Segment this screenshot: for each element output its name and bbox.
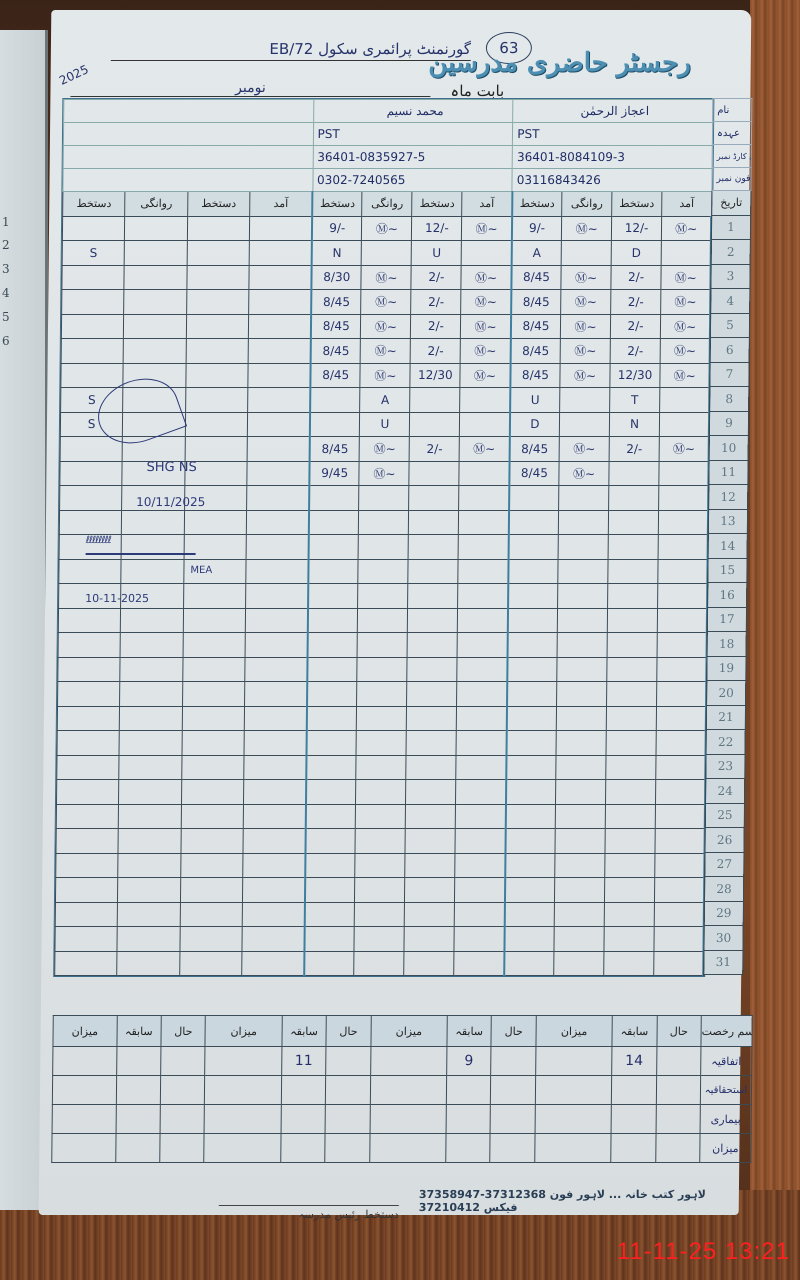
attendance-cell bbox=[62, 265, 125, 290]
attendance-cell bbox=[307, 706, 357, 731]
attendance-cell: U bbox=[360, 412, 410, 437]
attendance-cell bbox=[608, 584, 658, 609]
attendance-row: 8/45Ⓜ~2/-Ⓜ~8/45Ⓜ~2/-Ⓜ~″″″″ bbox=[61, 339, 710, 364]
date-number: 28 bbox=[704, 877, 743, 902]
attendance-cell bbox=[609, 486, 659, 511]
attendance-cell bbox=[305, 902, 355, 927]
attendance-cell bbox=[505, 829, 555, 854]
date-number: 5 bbox=[710, 313, 749, 338]
attendance-cell bbox=[408, 559, 458, 584]
attendance-cell bbox=[558, 535, 608, 560]
date-number: 15 bbox=[708, 558, 747, 583]
attendance-row bbox=[56, 829, 705, 854]
attendance-cell bbox=[125, 241, 188, 266]
attendance-cell: 2/- bbox=[611, 265, 661, 290]
attendance-cell bbox=[456, 780, 506, 805]
attendance-cell bbox=[359, 486, 409, 511]
attendance-cell: U bbox=[510, 388, 560, 413]
attendance-cell bbox=[509, 486, 559, 511]
attendance-cell bbox=[558, 584, 608, 609]
attendance-cell bbox=[179, 951, 242, 976]
label-designation: عہدہ bbox=[712, 122, 751, 145]
attendance-cell bbox=[309, 535, 359, 560]
attendance-cell bbox=[358, 633, 408, 658]
attendance-cell bbox=[507, 657, 557, 682]
col-header-arrival: آمد bbox=[662, 192, 712, 217]
attendance-cell: D bbox=[510, 412, 560, 437]
attendance-cell bbox=[55, 951, 118, 976]
attendance-cell: 8/45 bbox=[509, 461, 559, 486]
attendance-cell bbox=[307, 731, 357, 756]
attendance-cell bbox=[604, 902, 654, 927]
date-number: 21 bbox=[706, 705, 745, 730]
attendance-cell: 12/- bbox=[412, 216, 462, 241]
attendance-cell: Ⓜ~ bbox=[361, 314, 411, 339]
attendance-cell bbox=[654, 878, 704, 903]
attendance-cell bbox=[57, 731, 120, 756]
attendance-cell bbox=[243, 804, 306, 829]
label-cnic: شناختی کارڈ نمبر bbox=[712, 145, 751, 168]
summary-header-previous: سابقہ bbox=[282, 1016, 327, 1047]
attendance-cell bbox=[460, 388, 510, 413]
attendance-cell: 8/30 bbox=[311, 265, 361, 290]
attendance-cell bbox=[181, 829, 244, 854]
visit-note-1: SHG NS bbox=[146, 460, 196, 475]
date-number: 1 bbox=[711, 215, 750, 240]
attendance-cell bbox=[605, 829, 655, 854]
attendance-cell bbox=[120, 633, 183, 658]
attendance-cell: 9/- bbox=[512, 216, 562, 241]
attendance-cell: Ⓜ~ bbox=[559, 461, 609, 486]
attendance-cell bbox=[355, 829, 405, 854]
attendance-cell: 12/30 bbox=[610, 363, 660, 388]
attendance-cell bbox=[182, 706, 245, 731]
attendance-cell bbox=[355, 902, 405, 927]
attendance-cell bbox=[362, 241, 412, 266]
attendance-cell bbox=[56, 853, 119, 878]
attendance-cell bbox=[182, 682, 245, 707]
attendance-cell bbox=[124, 339, 187, 364]
attendance-cell bbox=[247, 486, 310, 511]
attendance-cell: 2/- bbox=[411, 314, 461, 339]
date-number: 11 bbox=[709, 460, 748, 485]
attendance-cell: 8/45 bbox=[311, 290, 361, 315]
attendance-cell bbox=[508, 535, 558, 560]
attendance-cell bbox=[654, 951, 704, 976]
attendance-cell bbox=[661, 241, 711, 266]
attendance-cell: Ⓜ~ bbox=[561, 265, 611, 290]
attendance-cell bbox=[307, 682, 357, 707]
teacher-2-name: اعجاز الرحمٰن bbox=[513, 100, 713, 123]
leave-summary: میزان سابقہ حال میزان سابقہ حال میزان سا… bbox=[51, 1015, 753, 1163]
attendance-cell: Ⓜ~ bbox=[661, 290, 711, 315]
summary-header-total: میزان bbox=[53, 1016, 117, 1047]
attendance-cell: Ⓜ~ bbox=[561, 290, 611, 315]
attendance-cell bbox=[119, 755, 182, 780]
date-number: 18 bbox=[707, 632, 746, 657]
attendance-cell: 8/45 bbox=[310, 363, 360, 388]
attendance-cell: 2/- bbox=[610, 314, 660, 339]
attendance-cell bbox=[358, 584, 408, 609]
attendance-cell bbox=[180, 927, 243, 952]
attendance-cell bbox=[505, 853, 555, 878]
attendance-cell bbox=[244, 706, 307, 731]
register-page: 63 رجسٹر حاضری مدرسین گورنمنٹ پرائمری سک… bbox=[39, 10, 752, 1215]
right-column: نام عہدہ شناختی کارڈ نمبر فون نمبر تاریخ… bbox=[703, 98, 752, 975]
attendance-cell bbox=[457, 682, 507, 707]
attendance-cell: 2/- bbox=[411, 339, 461, 364]
attendance-cell bbox=[62, 290, 125, 315]
attendance-cell bbox=[459, 486, 509, 511]
attendance-cell bbox=[244, 780, 307, 805]
attendance-cell bbox=[505, 804, 555, 829]
attendance-cell bbox=[308, 584, 358, 609]
attendance-cell bbox=[357, 706, 407, 731]
date-number: 23 bbox=[706, 754, 745, 779]
attendance-cell bbox=[406, 804, 456, 829]
attendance-cell: A bbox=[511, 241, 561, 266]
attendance-cell bbox=[183, 657, 246, 682]
attendance-cell bbox=[186, 339, 249, 364]
date-number: 4 bbox=[711, 289, 750, 314]
attendance-cell bbox=[186, 314, 249, 339]
attendance-cell bbox=[245, 633, 308, 658]
attendance-cell bbox=[605, 804, 655, 829]
attendance-cell bbox=[356, 780, 406, 805]
col-header-signature: دستخط bbox=[312, 192, 362, 217]
attendance-cell: 8/45 bbox=[311, 314, 361, 339]
attendance-cell bbox=[242, 902, 305, 927]
attendance-cell bbox=[249, 265, 312, 290]
attendance-cell bbox=[559, 486, 609, 511]
attendance-cell bbox=[609, 461, 659, 486]
attendance-cell bbox=[457, 657, 507, 682]
attendance-cell bbox=[124, 314, 187, 339]
attendance-cell bbox=[117, 951, 180, 976]
visit-date-1: 10/11/2025 bbox=[136, 495, 205, 509]
attendance-cell bbox=[508, 559, 558, 584]
attendance-cell: T bbox=[610, 388, 660, 413]
attendance-cell bbox=[405, 878, 455, 903]
attendance-cell bbox=[404, 951, 454, 976]
attendance-cell bbox=[660, 388, 710, 413]
date-number: 7 bbox=[710, 362, 749, 387]
attendance-cell bbox=[246, 535, 309, 560]
attendance-cell: Ⓜ~ bbox=[560, 339, 610, 364]
attendance-cell bbox=[656, 731, 706, 756]
attendance-cell: S bbox=[62, 241, 125, 266]
attendance-cell bbox=[607, 657, 657, 682]
attendance-cell bbox=[183, 633, 246, 658]
previous-casual-t1: 14 bbox=[612, 1047, 657, 1076]
attendance-row bbox=[57, 755, 706, 780]
attendance-cell bbox=[659, 412, 709, 437]
attendance-cell bbox=[606, 780, 656, 805]
attendance-cell: 12/- bbox=[611, 216, 661, 241]
attendance-cell bbox=[409, 486, 459, 511]
attendance-cell: 12/30 bbox=[410, 363, 460, 388]
attendance-cell bbox=[408, 608, 458, 633]
attendance-row bbox=[58, 657, 707, 682]
attendance-cell bbox=[356, 731, 406, 756]
attendance-row bbox=[58, 608, 707, 633]
attendance-cell bbox=[407, 633, 457, 658]
attendance-cell bbox=[55, 878, 118, 903]
attendance-cell: 8/45 bbox=[509, 437, 559, 462]
date-number: 14 bbox=[708, 534, 747, 559]
attendance-cell bbox=[405, 902, 455, 927]
attendance-cell bbox=[455, 853, 505, 878]
attendance-cell bbox=[244, 755, 307, 780]
attendance-cell bbox=[656, 780, 706, 805]
attendance-cell bbox=[118, 853, 181, 878]
attendance-cell bbox=[308, 633, 358, 658]
attendance-cell bbox=[507, 633, 557, 658]
date-number: 30 bbox=[704, 926, 743, 951]
attendance-cell bbox=[456, 804, 506, 829]
attendance-cell bbox=[359, 510, 409, 535]
attendance-cell bbox=[607, 633, 657, 658]
attendance-cell bbox=[560, 412, 610, 437]
visit-note-2: MEA bbox=[190, 565, 212, 576]
attendance-cell bbox=[248, 339, 311, 364]
date-number: 9 bbox=[709, 411, 748, 436]
attendance-cell bbox=[187, 216, 250, 241]
attendance-cell bbox=[459, 510, 509, 535]
attendance-cell bbox=[409, 461, 459, 486]
attendance-cell: Ⓜ~ bbox=[561, 314, 611, 339]
attendance-cell bbox=[357, 682, 407, 707]
attendance-cell bbox=[556, 731, 606, 756]
headmaster-signature-line: دستخط رئیس مدرسہ bbox=[219, 1205, 399, 1221]
school-name: گورنمنٹ پرائمری سکول 72/EB bbox=[111, 40, 471, 61]
attendance-cell bbox=[249, 290, 312, 315]
attendance-cell bbox=[124, 265, 187, 290]
attendance-cell bbox=[459, 461, 509, 486]
attendance-cell bbox=[407, 706, 457, 731]
attendance-cell bbox=[554, 927, 604, 952]
attendance-cell bbox=[658, 559, 708, 584]
attendance-cell bbox=[120, 657, 183, 682]
attendance-cell bbox=[244, 731, 307, 756]
attendance-row: 9/-Ⓜ~12/-Ⓜ~9/-Ⓜ~12/-Ⓜ~survey bbox=[62, 216, 711, 241]
date-number: 25 bbox=[705, 803, 744, 828]
attendance-cell bbox=[305, 878, 355, 903]
attendance-row: 8/45Ⓜ~2/-Ⓜ~8/45Ⓜ~2/-Ⓜ~″″″″ bbox=[61, 314, 710, 339]
attendance-cell bbox=[457, 633, 507, 658]
date-number: 20 bbox=[707, 681, 746, 706]
attendance-cell bbox=[504, 927, 554, 952]
attendance-cell bbox=[658, 584, 708, 609]
attendance-cell bbox=[659, 486, 709, 511]
teacher-3-phone: 0302-7240565 bbox=[312, 169, 512, 192]
attendance-cell bbox=[118, 878, 181, 903]
attendance-cell bbox=[608, 559, 658, 584]
attendance-cell bbox=[458, 535, 508, 560]
attendance-cell bbox=[557, 633, 607, 658]
attendance-cell bbox=[57, 755, 120, 780]
date-number: 6 bbox=[710, 338, 749, 363]
attendance-row bbox=[55, 902, 704, 927]
attendance-cell bbox=[557, 657, 607, 682]
attendance-cell: 9/- bbox=[312, 216, 362, 241]
attendance-cell: Ⓜ~ bbox=[559, 437, 609, 462]
attendance-cell bbox=[505, 878, 555, 903]
attendance-cell bbox=[306, 780, 356, 805]
left-date-number: 4 bbox=[2, 286, 10, 300]
attendance-cell bbox=[657, 608, 707, 633]
attendance-cell: N bbox=[312, 241, 362, 266]
col-header-signature: دستخط bbox=[187, 192, 250, 217]
attendance-cell bbox=[306, 755, 356, 780]
attendance-row bbox=[56, 780, 705, 805]
attendance-cell bbox=[355, 878, 405, 903]
attendance-cell bbox=[404, 927, 454, 952]
date-number: 19 bbox=[707, 656, 746, 681]
left-date-number: 2 bbox=[2, 238, 10, 252]
attendance-cell bbox=[121, 608, 184, 633]
attendance-cell: 2/- bbox=[411, 290, 461, 315]
attendance-cell bbox=[507, 706, 557, 731]
attendance-cell bbox=[309, 486, 359, 511]
attendance-cell bbox=[355, 853, 405, 878]
attendance-cell bbox=[558, 510, 608, 535]
label-phone: فون نمبر bbox=[712, 168, 751, 191]
attendance-cell bbox=[119, 731, 182, 756]
attendance-row bbox=[58, 633, 707, 658]
date-number: 24 bbox=[706, 779, 745, 804]
attendance-cell bbox=[506, 731, 556, 756]
attendance-row bbox=[55, 951, 704, 976]
attendance-cell: Ⓜ~ bbox=[659, 437, 709, 462]
attendance-cell bbox=[554, 951, 604, 976]
attendance-cell bbox=[557, 682, 607, 707]
attendance-cell bbox=[458, 559, 508, 584]
attendance-cell: Ⓜ~ bbox=[660, 363, 710, 388]
attendance-cell bbox=[186, 290, 249, 315]
attendance-cell: Ⓜ~ bbox=[362, 216, 412, 241]
attendance-cell: 2/- bbox=[411, 265, 461, 290]
attendance-cell bbox=[654, 902, 704, 927]
attendance-cell bbox=[245, 682, 308, 707]
attendance-cell bbox=[607, 682, 657, 707]
attendance-cell: Ⓜ~ bbox=[461, 314, 511, 339]
attendance-cell bbox=[410, 412, 460, 437]
attendance-cell bbox=[245, 657, 308, 682]
signature-scribble bbox=[89, 368, 187, 454]
left-date-number: 1 bbox=[2, 215, 10, 229]
attendance-cell bbox=[243, 829, 306, 854]
attendance-cell: 2/- bbox=[610, 339, 660, 364]
attendance-cell bbox=[456, 755, 506, 780]
attendance-cell: Ⓜ~ bbox=[562, 216, 612, 241]
attendance-cell bbox=[608, 535, 658, 560]
attendance-cell bbox=[246, 559, 309, 584]
attendance-cell: Ⓜ~ bbox=[560, 363, 610, 388]
attendance-cell bbox=[458, 608, 508, 633]
attendance-cell bbox=[249, 241, 312, 266]
attendance-cell bbox=[305, 853, 355, 878]
attendance-cell bbox=[654, 927, 704, 952]
camera-timestamp: 11-11-25 13:21 bbox=[617, 1238, 790, 1266]
attendance-cell: 2/- bbox=[409, 437, 459, 462]
attendance-cell bbox=[555, 829, 605, 854]
attendance-cell: Ⓜ~ bbox=[360, 363, 410, 388]
attendance-cell: A bbox=[360, 388, 410, 413]
col-header-arrival: آمد bbox=[250, 192, 313, 217]
attendance-cell bbox=[354, 951, 404, 976]
attendance-cell: 2/- bbox=[611, 290, 661, 315]
attendance-cell bbox=[310, 412, 360, 437]
summary-header-previous: سابقہ bbox=[447, 1016, 492, 1047]
month-value: نومبر bbox=[70, 80, 430, 97]
left-date-number: 5 bbox=[2, 310, 10, 324]
attendance-cell bbox=[358, 608, 408, 633]
col-header-signature: دستخط bbox=[612, 192, 662, 217]
attendance-cell: 8/45 bbox=[311, 339, 361, 364]
attendance-cell bbox=[455, 878, 505, 903]
summary-header-current: حال bbox=[491, 1016, 536, 1047]
attendance-cell bbox=[606, 755, 656, 780]
attendance-cell: 8/45 bbox=[310, 437, 360, 462]
row-label-earned: استحقاقیہ bbox=[700, 1076, 751, 1105]
attendance-cell bbox=[508, 584, 558, 609]
visit-remarks: SHG NS 10/11/2025 ℓℓℓℓℓℓℓℓ MEA 10-11-202… bbox=[85, 370, 238, 610]
attendance-cell bbox=[504, 951, 554, 976]
attendance-cell bbox=[62, 216, 125, 241]
attendance-cell bbox=[405, 853, 455, 878]
col-header-departure: روانگی bbox=[125, 192, 188, 217]
attendance-cell bbox=[247, 437, 310, 462]
summary-header-current: حال bbox=[657, 1016, 702, 1047]
summary-header-leave-type: قسم رخصت bbox=[701, 1016, 752, 1047]
row-label-casual: اتفاقیہ bbox=[701, 1047, 752, 1076]
attendance-cell bbox=[558, 559, 608, 584]
attendance-cell bbox=[56, 804, 119, 829]
date-number: 17 bbox=[707, 607, 746, 632]
attendance-cell bbox=[356, 804, 406, 829]
row-label-total: میزان bbox=[700, 1134, 751, 1163]
attendance-cell bbox=[605, 878, 655, 903]
attendance-cell bbox=[556, 706, 606, 731]
date-number: 16 bbox=[708, 583, 747, 608]
attendance-cell bbox=[608, 510, 658, 535]
wooden-table-edge bbox=[750, 0, 800, 1280]
attendance-cell bbox=[658, 535, 708, 560]
attendance-cell bbox=[309, 510, 359, 535]
attendance-cell bbox=[358, 559, 408, 584]
attendance-cell bbox=[182, 755, 245, 780]
attendance-cell bbox=[659, 461, 709, 486]
attendance-cell bbox=[509, 510, 559, 535]
attendance-cell bbox=[120, 682, 183, 707]
attendance-row bbox=[57, 731, 706, 756]
attendance-cell bbox=[248, 412, 311, 437]
signature-scribble-2: ℓℓℓℓℓℓℓℓ bbox=[86, 535, 196, 555]
attendance-cell bbox=[405, 829, 455, 854]
attendance-row bbox=[56, 853, 705, 878]
attendance-cell: Ⓜ~ bbox=[461, 265, 511, 290]
attendance-cell bbox=[305, 927, 355, 952]
attendance-cell bbox=[455, 902, 505, 927]
attendance-cell bbox=[357, 657, 407, 682]
attendance-cell: Ⓜ~ bbox=[360, 437, 410, 462]
attendance-cell bbox=[125, 216, 188, 241]
attendance-cell bbox=[117, 927, 180, 952]
visit-date-2: 10-11-2025 bbox=[85, 592, 149, 605]
attendance-cell: Ⓜ~ bbox=[361, 265, 411, 290]
attendance-cell bbox=[119, 780, 182, 805]
